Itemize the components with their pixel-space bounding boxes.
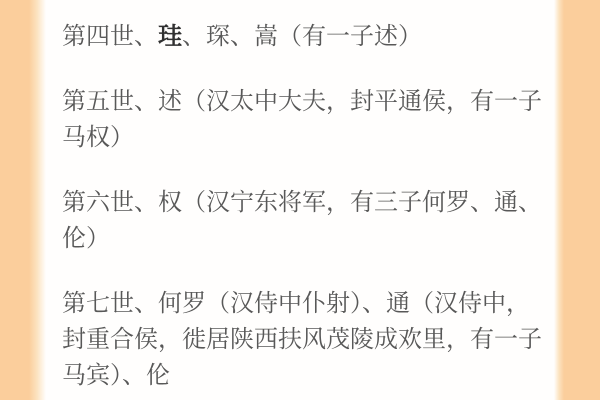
paragraph-generation-6: 第六世、权（汉宁东将军，有三子何罗、通、伦） [62,185,544,257]
gen4-suffix: 、琛、嵩（有一子述） [182,24,422,50]
paragraph-generation-7: 第七世、何罗（汉侍中仆射）、通（汉侍中，封重合侯，徙居陕西扶风茂陵成欢里，有一子… [62,286,544,394]
left-margin-band [0,0,46,400]
gen4-bold-name: 珪 [158,24,182,50]
paragraph-generation-4: 第四世、珪、琛、嵩（有一子述） [62,19,544,55]
right-margin-band [554,0,600,400]
paragraph-generation-5: 第五世、述（汉太中大夫，封平通侯，有一子马权） [62,84,544,156]
genealogy-text-block: 第四世、珪、琛、嵩（有一子述） 第五世、述（汉太中大夫，封平通侯，有一子马权） … [62,19,544,394]
article-page: 第四世、珪、琛、嵩（有一子述） 第五世、述（汉太中大夫，封平通侯，有一子马权） … [0,0,600,400]
gen4-prefix: 第四世、 [62,24,158,50]
